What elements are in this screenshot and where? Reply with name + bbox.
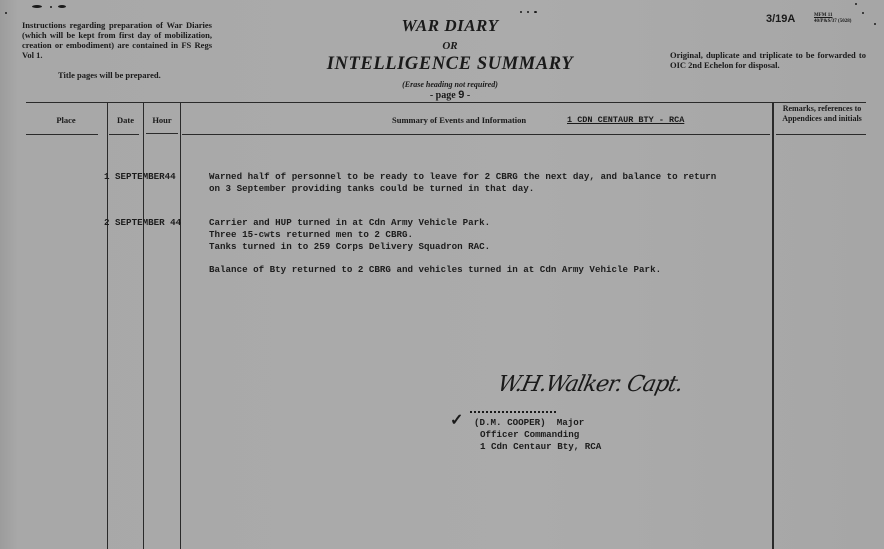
- column-header-date: Date: [108, 115, 143, 125]
- page-prefix: - page: [430, 90, 456, 101]
- ink-speck: [855, 3, 857, 5]
- ink-speck: [862, 12, 864, 14]
- signatory-unit: 1 Cdn Centaur Bty, RCA: [480, 441, 601, 453]
- ink-speck: [50, 6, 52, 8]
- ink-speck: [32, 5, 42, 8]
- header-rule-place: [26, 134, 98, 135]
- ink-speck: [520, 11, 522, 13]
- title-war-diary: WAR DIARY: [300, 16, 600, 36]
- handwritten-signature: W.H.Walker. Capt.: [495, 372, 684, 397]
- column-divider-date-hour: [143, 103, 144, 549]
- title-pages-note: Title pages will be prepared.: [58, 70, 161, 80]
- signatory-role: Officer Commanding: [480, 429, 579, 441]
- page-number: - page 9 -: [300, 89, 600, 101]
- title-intelligence-summary: INTELLIGENCE SUMMARY: [300, 54, 600, 75]
- ink-speck: [527, 11, 529, 13]
- column-header-place: Place: [26, 115, 106, 125]
- check-mark-icon: ✓: [450, 410, 463, 430]
- column-divider-hour-summary: [180, 103, 181, 549]
- ink-speck: [58, 5, 66, 8]
- column-header-hour: Hour: [144, 115, 180, 125]
- entry-line: on 3 September providing tanks could be …: [209, 183, 534, 195]
- entry-date: 1 SEPTEMBER44: [104, 171, 176, 183]
- header-rule-remarks: [776, 134, 866, 135]
- form-code-line2: 40/P&S/37 (5028): [814, 19, 851, 25]
- column-header-remarks: Remarks, references to Appendices and in…: [776, 104, 868, 123]
- entry-line: Warned half of personnel to be ready to …: [209, 171, 716, 183]
- column-header-summary: Summary of Events and Information: [392, 115, 526, 125]
- column-divider-summary-remarks: [772, 103, 774, 549]
- page-suffix: -: [467, 90, 470, 101]
- erase-heading-note: (Erase heading not required): [300, 80, 600, 89]
- unit-name: 1 CDN CENTAUR BTY - RCA: [567, 115, 684, 125]
- column-divider-place-date: [107, 103, 108, 549]
- entry-line: Tanks turned in to 259 Corps Delivery Sq…: [209, 241, 490, 253]
- instructions-note: Instructions regarding preparation of Wa…: [22, 20, 212, 60]
- table-top-rule: [26, 102, 866, 103]
- ink-speck: [534, 11, 537, 13]
- form-code: MFM 11 40/P&S/37 (5028): [814, 13, 851, 24]
- ink-speck: [5, 12, 7, 14]
- signature-dotted-line: [470, 411, 556, 413]
- header-rule-hour: [146, 133, 178, 134]
- war-diary-page: Instructions regarding preparation of Wa…: [0, 0, 884, 549]
- page-number-value: 9: [458, 89, 464, 101]
- entry-date: 2 SEPTEMBER 44: [104, 217, 181, 229]
- forwarding-note: Original, duplicate and triplicate to be…: [670, 50, 866, 70]
- entry-line: Balance of Bty returned to 2 CBRG and ve…: [209, 264, 661, 276]
- title-or: OR: [300, 40, 600, 52]
- signatory-name: (D.M. COOPER) Major: [474, 417, 584, 429]
- header-rule-date: [109, 134, 139, 135]
- header-rule-summary: [182, 134, 770, 135]
- ink-speck: [874, 23, 876, 25]
- form-number: 3/19A: [766, 13, 795, 25]
- entry-line: Carrier and HUP turned in at Cdn Army Ve…: [209, 217, 490, 229]
- entry-line: Three 15-cwts returned men to 2 CBRG.: [209, 229, 413, 241]
